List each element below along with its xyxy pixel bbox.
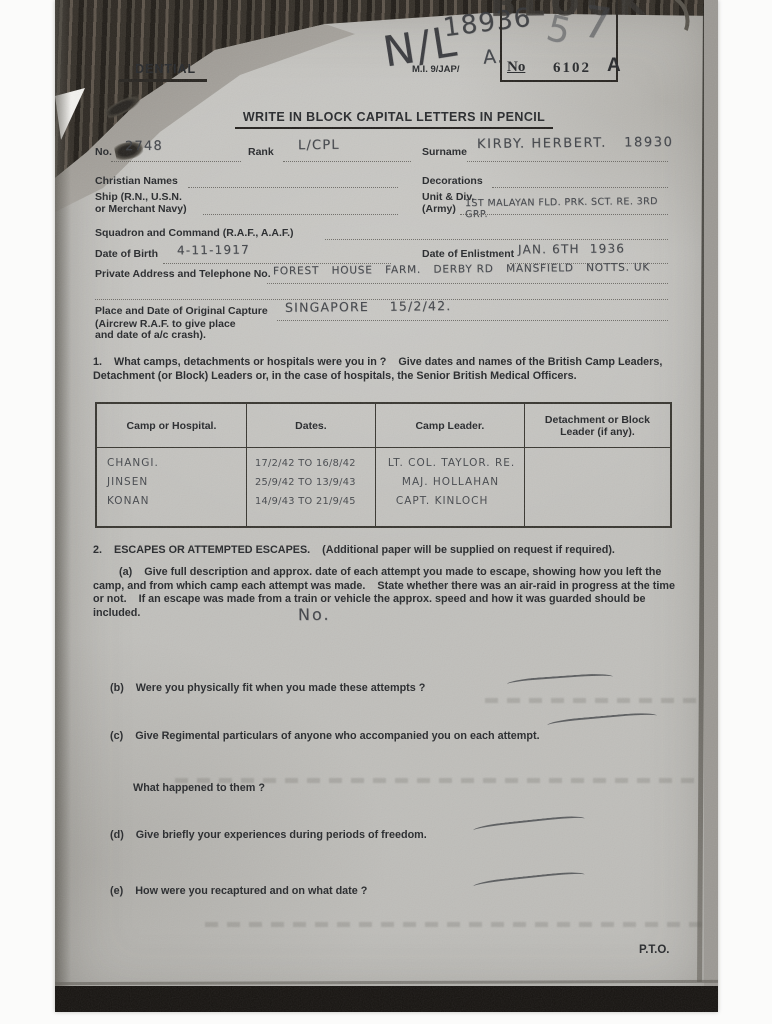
place-date-capture-label: Place and Date of Original Capture [95,306,268,317]
surname-value: KIRBY. HERBERT. 18930 [477,135,674,152]
confidential-stamp: DENTIAL [135,62,196,76]
right-paper-edge [704,0,718,1012]
table-header-camp: Camp or Hospital. [97,404,246,448]
confidential-underline [119,79,207,82]
question-2c-followup: What happened to them ? [133,782,265,796]
question-1-text: 1. What camps, detachments or hospitals … [93,356,675,383]
squadron-command-label: Squadron and Command (R.A.F., A.A.F.) [95,228,294,239]
camp-row: JINSEN [107,473,246,492]
table-header-detachment: Detachment or Block Leader (if any). [524,404,670,448]
form-title: WRITE IN BLOCK CAPITAL LETTERS IN PENCIL [235,110,553,129]
mi9-label: M.I. 9/JAP/ [412,64,460,75]
question-2a-answer: No. [298,605,331,624]
dotted-rule [188,186,398,188]
rank-label: Rank [248,147,274,158]
leader-row: CAPT. KINLOCH [388,492,524,511]
left-edge-shadow [55,0,71,1012]
dotted-rule [283,160,411,162]
place-date-capture-value: SINGAPORE 15/2/42. [285,298,452,315]
decorations-label: Decorations [422,176,483,187]
dark-backing-band [55,986,718,1012]
paper-bottom-edge [55,980,718,985]
dotted-rule [467,160,668,162]
ship-label-line1: Ship (R.N., U.S.N. [95,192,182,203]
unit-div-value: 1ST MALAYAN FLD. PRK. SCT. RE. 3RD GRP. [465,196,675,220]
stamp-suffix-a: A [607,55,621,77]
no-label: No. [95,147,112,158]
camp-row: KONAN [107,492,246,511]
leader-row: LT. COL. TAYLOR. RE. [388,454,524,473]
table-col-camps: CHANGI. JINSEN KONAN [97,448,246,526]
date-of-birth-value: 4-11-1917 [177,243,250,258]
pencil-dash-answer-c [547,711,657,730]
stamp-no-label: No [507,59,525,76]
dates-row: 14/9/43 TO 21/9/45 [255,492,375,511]
table-header-leader: Camp Leader. [375,404,524,448]
dotted-rule [492,186,668,188]
table-col-leaders: LT. COL. TAYLOR. RE. MAJ. HOLLAHAN CAPT.… [375,448,524,526]
dotted-rule [460,213,668,215]
surname-label: Surname [422,147,467,158]
camps-table: Camp or Hospital. Dates. Camp Leader. De… [95,402,672,528]
dates-row: 25/9/42 TO 13/9/43 [255,473,375,492]
private-address-label: Private Address and Telephone No. [95,269,271,280]
stamp-number: 6102 [553,60,591,77]
ship-label-line2: or Merchant Navy) [95,204,187,215]
ink-bleed-through [205,922,705,927]
capture-note-line2: and date of a/c crash). [95,330,206,341]
question-2-heading: 2. ESCAPES OR ATTEMPTED ESCAPES. (Additi… [93,544,675,558]
table-col-dates: 17/2/42 TO 16/8/42 25/9/42 TO 13/9/43 14… [246,448,375,526]
no-value: 2748 [125,139,163,154]
dotted-rule [277,319,668,321]
pto-label: P.T.O. [639,944,669,956]
rank-value: L/CPL [298,138,340,153]
table-header-dates: Dates. [246,404,375,448]
christian-names-label: Christian Names [95,176,178,187]
unit-div-label-line2: (Army) [422,204,456,215]
ink-bleed-through [485,698,700,703]
question-2c-text: (c) Give Regimental particulars of anyon… [110,730,540,744]
dotted-rule [203,213,398,215]
camp-row: CHANGI. [107,454,246,473]
ink-bleed-through [175,778,700,783]
pencil-dash-answer-b [507,672,613,688]
question-2b-text: (b) Were you physically fit when you mad… [110,682,530,696]
date-of-enlistment-value: JAN. 6TH 1936 [518,241,625,256]
question-2a-text: (a) Give full description and approx. da… [93,566,675,620]
date-of-birth-label: Date of Birth [95,249,158,260]
photo-of-form: BLOCK N/L 18936 A. 5 7 M.I. 9/JAP/ No 61… [55,0,718,1012]
dotted-rule [325,238,668,240]
dotted-rule [111,160,241,162]
dotted-rule [267,282,668,284]
leader-row: MAJ. HOLLAHAN [388,473,524,492]
date-of-enlistment-label: Date of Enlistment [422,249,514,260]
scanned-document-page: BLOCK N/L 18936 A. 5 7 M.I. 9/JAP/ No 61… [0,0,772,1024]
table-col-detachment [524,448,670,526]
dates-row: 17/2/42 TO 16/8/42 [255,454,375,473]
